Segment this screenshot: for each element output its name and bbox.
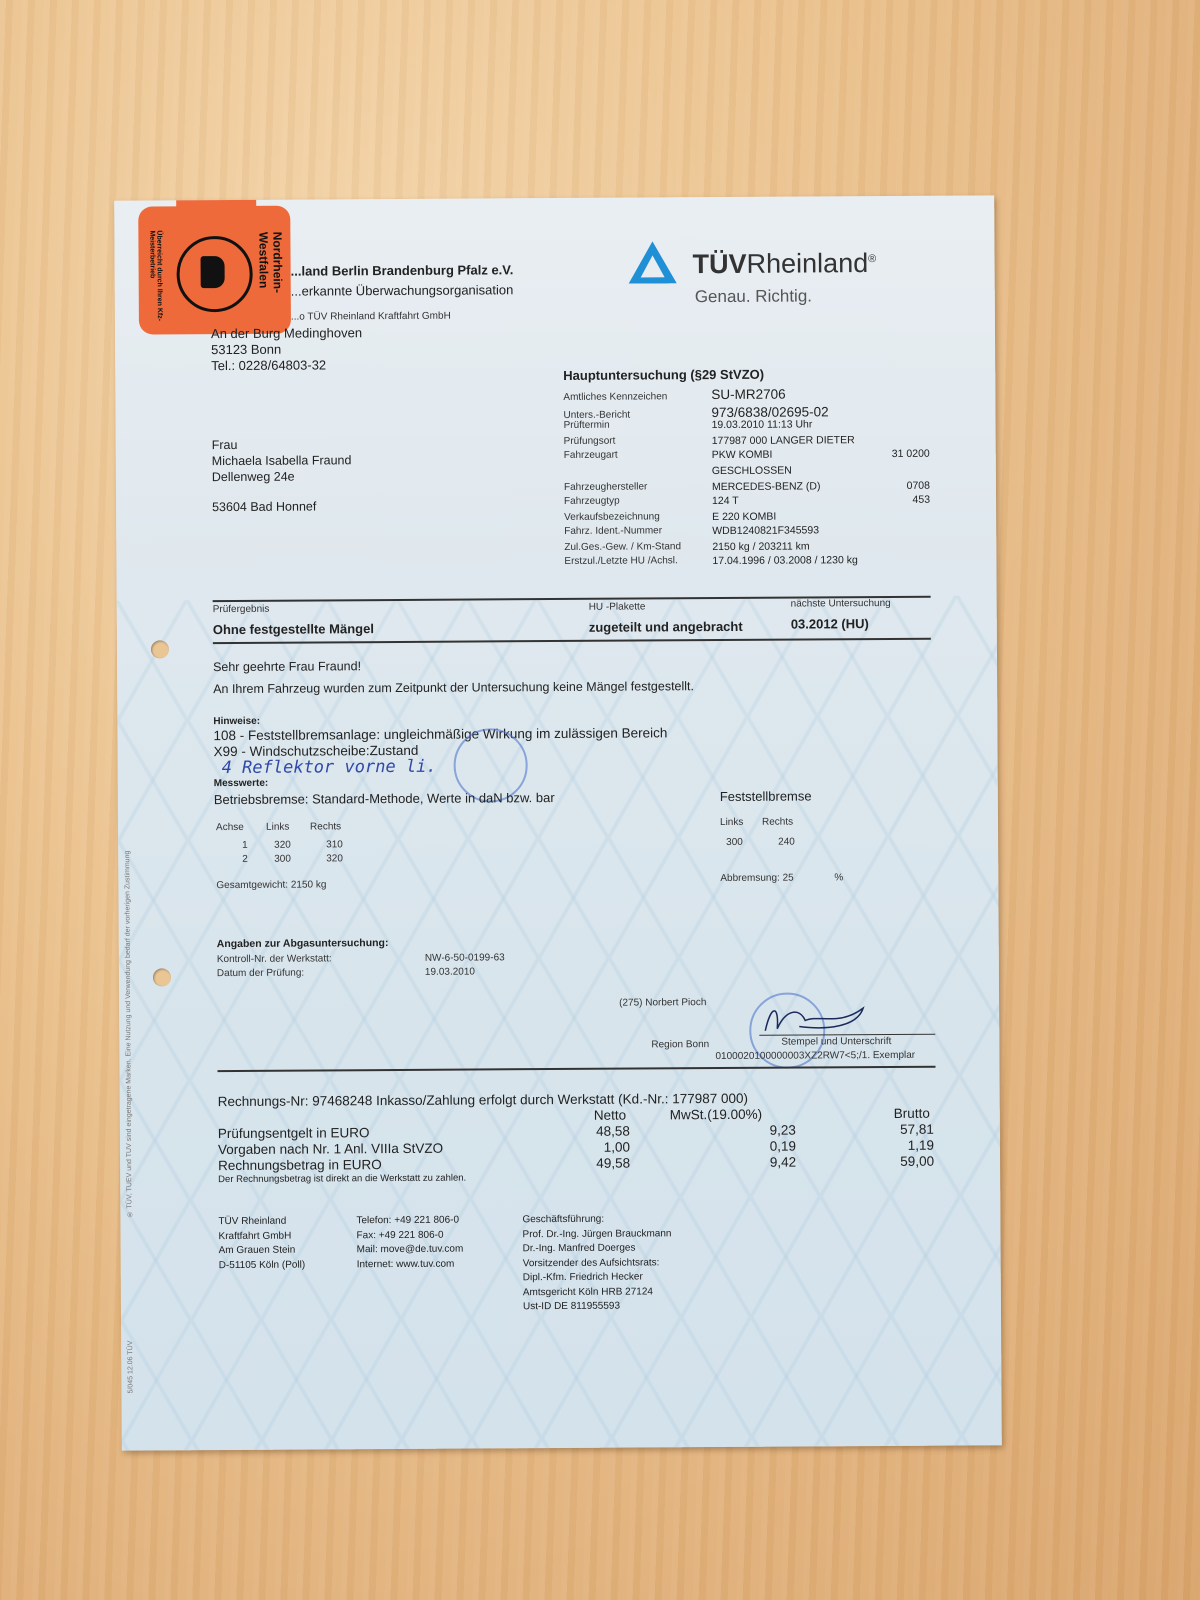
field-label: Zul.Ges.-Gew. / Km-Stand: [564, 541, 681, 553]
result-label: Prüfergebnis: [213, 604, 270, 615]
parking-col-links: Links: [720, 817, 743, 828]
field-label: Fahrzeugart: [564, 450, 618, 461]
form-code: 5/045 12.06 TÜV: [127, 1341, 134, 1394]
parking-value-links: 300: [726, 837, 743, 848]
invoice-brutto: 1,19: [908, 1138, 934, 1153]
field-value: WDB1240821F345593: [712, 524, 819, 537]
invoice-netto: 48,58: [596, 1124, 630, 1139]
org-address-city: 53123 Bonn: [211, 342, 281, 357]
signature-scribble-icon: [759, 1000, 869, 1037]
invoice-mwst: 9,23: [770, 1123, 796, 1138]
footer-line: Mail: move@de.tuv.com: [357, 1244, 464, 1256]
col-rechts: Rechts: [310, 821, 341, 832]
field-value: 19.03.2010 11:13 Uhr: [712, 418, 813, 431]
org-address-street: An der Burg Medinghoven: [211, 325, 362, 341]
axle-number: 2: [242, 854, 248, 865]
emissions-date-value: 19.03.2010: [425, 967, 475, 978]
footer-line: Am Grauen Stein: [219, 1245, 296, 1256]
invoice-item: Rechnungsbetrag in EURO: [218, 1157, 382, 1173]
inspection-title: Hauptuntersuchung (§29 StVZO): [563, 367, 764, 383]
deceleration: Abbremsung: 25: [720, 873, 793, 884]
field-value: 17.04.1996 / 03.2008 / 1230 kg: [712, 554, 857, 567]
note-item: 108 - Feststellbremsanlage: ungleichmäßi…: [213, 725, 667, 743]
next-inspection-value: 03.2012 (HU): [791, 616, 869, 631]
parking-col-rechts: Rechts: [762, 817, 793, 828]
handwritten-note: 4 Reflektor vorne li.: [222, 757, 437, 778]
letter-greeting: Sehr geehrte Frau Fraund!: [213, 659, 361, 674]
org-type: ...erkannte Überwachungsorganisation: [291, 282, 514, 298]
stamp-label: Stempel und Unterschrift: [781, 1036, 891, 1048]
footer-line: Telefon: +49 221 806-0: [356, 1215, 459, 1227]
tuv-triangle-logo-icon: [624, 237, 680, 289]
footer-line: Fax: +49 221 806-0: [356, 1229, 443, 1241]
footer-line: Dipl.-Kfm. Friedrich Hecker: [523, 1271, 643, 1283]
field-value: PKW KOMBI: [712, 449, 773, 461]
invoice-note: Der Rechnungsbetrag ist direkt an die We…: [218, 1173, 466, 1186]
field-value: GESCHLOSSEN: [712, 465, 792, 477]
invoice-item: Vorgaben nach Nr. 1 Anl. VIIIa StVZO: [218, 1141, 443, 1157]
tuv-inspection-report: Nordrhein-Westfalen Überreicht durch Ihr…: [114, 195, 1002, 1450]
field-code: 31 0200: [892, 448, 930, 460]
axle-rechts: 320: [326, 853, 343, 864]
footer-line: Dr.-Ing. Manfred Doerges: [523, 1243, 636, 1255]
footer-line: Amtsgericht Köln HRB 27124: [523, 1286, 653, 1298]
sticker-side-text: Überreicht durch Ihren Kfz-Meisterbetrie…: [148, 230, 163, 334]
tuv-brand: TÜVRheinland®: [692, 248, 876, 280]
measurements-heading: Messwerte:: [214, 778, 269, 789]
recipient-salutation: Frau: [212, 438, 238, 452]
hu-plakette-sticker: Nordrhein-Westfalen Überreicht durch Ihr…: [138, 206, 291, 335]
parking-value-rechts: 240: [778, 837, 795, 848]
parking-brake-title: Feststellbremse: [720, 788, 812, 804]
inspector-name: (275) Norbert Pioch: [619, 997, 706, 1009]
punch-hole: [151, 640, 169, 658]
invoice-brutto: 57,81: [900, 1122, 934, 1137]
plakette-value: zugeteilt und angebracht: [589, 619, 743, 635]
emissions-control-label: Kontroll-Nr. der Werkstatt:: [217, 953, 332, 965]
notes-heading: Hinweise:: [213, 716, 260, 727]
col-brutto: Brutto: [894, 1106, 930, 1121]
deceleration-unit: %: [834, 872, 843, 883]
region: Region Bonn: [651, 1039, 709, 1050]
org-operator: ...o TÜV Rheinland Kraftfahrt GmbH: [291, 311, 451, 323]
col-achse: Achse: [216, 822, 244, 833]
footer-line: Internet: www.tuv.com: [357, 1258, 455, 1270]
field-value: 177987 000 LANGER DIETER: [712, 434, 855, 447]
footer-line: Vorsitzender des Aufsichtsrats:: [523, 1257, 660, 1269]
emissions-heading: Angaben zur Abgasuntersuchung:: [217, 937, 389, 950]
col-netto: Netto: [594, 1108, 626, 1123]
service-brake-title: Betriebsbremse: Standard-Methode, Werte …: [214, 790, 555, 807]
footer-line: Geschäftsführung:: [522, 1214, 604, 1225]
col-links: Links: [266, 822, 289, 833]
col-mwst: MwSt.(19.00%): [670, 1107, 762, 1123]
field-label: Fahrzeughersteller: [564, 481, 647, 493]
org-phone: Tel.: 0228/64803-32: [211, 357, 326, 373]
field-value: 124 T: [712, 495, 739, 507]
recipient-street: Dellenweg 24e: [212, 470, 295, 485]
axle-links: 300: [274, 854, 291, 865]
next-inspection-label: nächste Untersuchung: [791, 598, 891, 610]
axle-number: 1: [242, 840, 248, 851]
sticker-tab: [176, 198, 256, 212]
invoice-item: Prüfungsentgelt in EURO: [218, 1125, 370, 1141]
punch-hole: [153, 968, 171, 986]
result-value: Ohne festgestellte Mängel: [213, 621, 374, 637]
recipient-name: Michaela Isabella Fraund: [212, 453, 352, 468]
field-label: Fahrz. Ident.-Nummer: [564, 525, 662, 537]
plakette-label: HU -Plakette: [589, 601, 646, 612]
sticker-d-icon: [201, 256, 225, 288]
footer-line: Ust-ID DE 811955593: [523, 1301, 620, 1313]
footer-line: Prof. Dr.-Ing. Jürgen Brauckmann: [522, 1228, 671, 1240]
invoice-mwst: 0,19: [770, 1139, 796, 1154]
emissions-date-label: Datum der Prüfung:: [217, 968, 304, 980]
sticker-region: Nordrhein-Westfalen: [256, 232, 285, 334]
field-label: Amtliches Kennzeichen: [563, 391, 667, 403]
invoice-netto: 49,58: [596, 1156, 630, 1171]
axle-rechts: 310: [326, 839, 343, 850]
invoice-brutto: 59,00: [900, 1154, 934, 1169]
emissions-control-value: NW-6-50-0199-63: [425, 952, 505, 963]
invoice-netto: 1,00: [604, 1140, 630, 1155]
field-value: 2150 kg / 203211 km: [712, 540, 809, 553]
field-code: 0708: [907, 480, 930, 492]
document-code: 0100020100000003XZ2RW7<5;/1. Exemplar: [715, 1050, 915, 1062]
field-label: Erstzul./Letzte HU /Achsl.: [564, 555, 677, 567]
field-label: Fahrzeugtyp: [564, 496, 620, 507]
recipient-city: 53604 Bad Honnef: [212, 499, 316, 514]
axle-links: 320: [274, 840, 291, 851]
field-code: 453: [912, 494, 930, 506]
org-name: ...land Berlin Brandenburg Pfalz e.V.: [291, 262, 514, 278]
field-label: Prüfungsort: [564, 436, 616, 447]
field-value: E 220 KOMBI: [712, 511, 776, 523]
invoice-mwst: 9,42: [770, 1155, 796, 1170]
tuv-tagline: Genau. Richtig.: [695, 286, 812, 307]
footer-line: TÜV Rheinland: [218, 1216, 286, 1227]
footer-line: D-51105 Köln (Poll): [219, 1259, 306, 1271]
field-label: Prüftermin: [564, 420, 610, 431]
field-value: SU-MR2706: [711, 387, 785, 402]
field-label: Verkaufsbezeichnung: [564, 511, 660, 523]
footer-line: Kraftfahrt GmbH: [218, 1230, 291, 1241]
letter-body: An Ihrem Fahrzeug wurden zum Zeitpunkt d…: [213, 679, 694, 696]
field-value: MERCEDES-BENZ (D): [712, 480, 821, 493]
total-weight: Gesamtgewicht: 2150 kg: [216, 879, 326, 891]
